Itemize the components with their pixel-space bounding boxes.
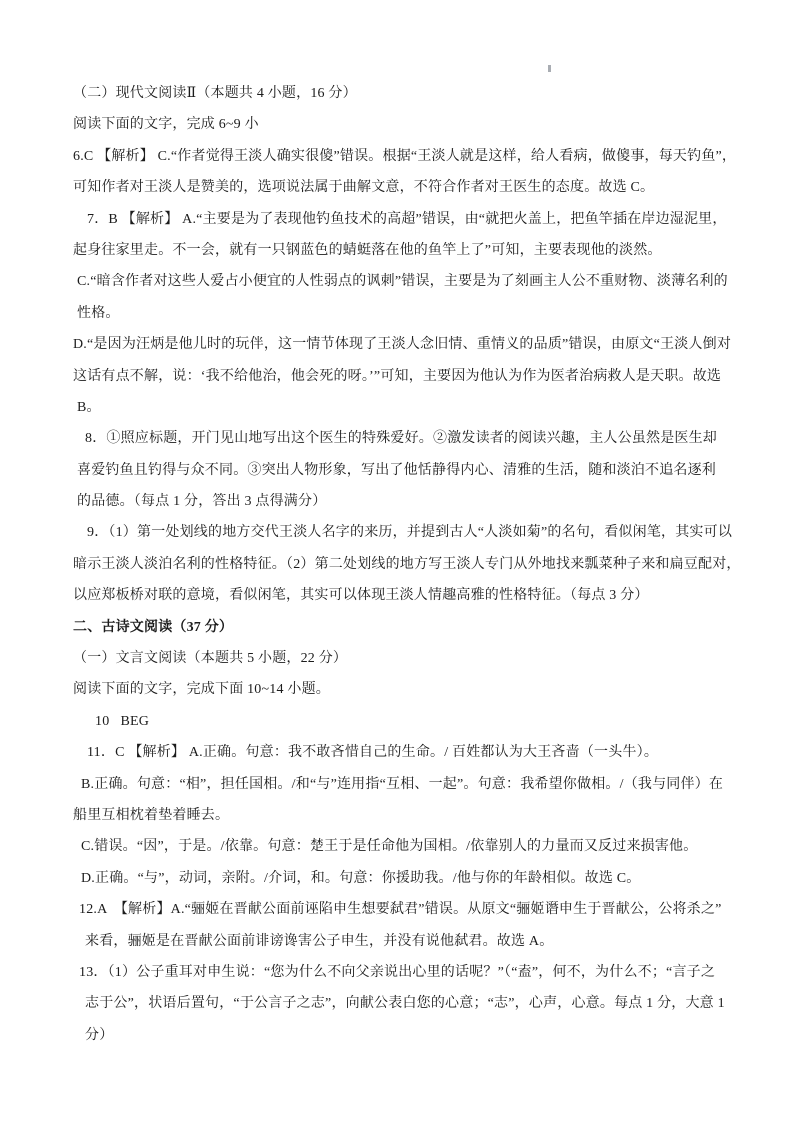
text-line: C.错误。“因”，于是。/依靠。句意：楚王于是任命他为国相。/依靠别人的力量而又… [73,831,741,862]
text-line: 可知作者对王淡人是赞美的，选项说法属于曲解文意，不符合作者对王医生的态度。故选 … [73,172,741,203]
text-line: 喜爱钓鱼且钓得与众不同。③突出人物形象，写出了他恬静得内心、清雅的生活，随和淡泊… [73,455,741,486]
answer-key-text-block: （二）现代文阅读Ⅱ（本题共 4 小题，16 分）阅读下面的文字，完成 6~9 小… [73,78,741,1051]
text-line: 阅读下面的文字，完成下面 10~14 小题。 [73,674,741,705]
text-line: 船里互相枕着垫着睡去。 [73,800,741,831]
text-line: 13．（1）公子重耳对申生说：“您为什么不向父亲说出心里的话呢？”（“盍”，何不… [73,957,741,988]
text-line: 分） [73,1020,741,1051]
text-line: 阅读下面的文字，完成 6~9 小 [73,109,741,140]
text-line: 11．C 【解析】 A.正确。句意：我不敢吝惜自己的生命。/ 百姓都认为大王吝啬… [73,737,741,768]
text-line: （二）现代文阅读Ⅱ（本题共 4 小题，16 分） [73,78,741,109]
text-line: 志于公”，状语后置句，“于公言子之志”，向献公表白您的心意；“志”，心声，心意。… [73,988,741,1019]
text-line: 12.A 【解析】A.“骊姬在晋献公面前诬陷申生想要弑君”错误。从原文“骊姬谮申… [73,894,741,925]
text-line: 以应郑板桥对联的意境，看似闲笔，其实可以体现王淡人情趣高雅的性格特征。（每点 3… [73,580,741,611]
text-line: 10 BEG [73,706,741,737]
text-line: 来看，骊姬是在晋献公面前诽谤谗害公子申生，并没有说他弑君。故选 A。 [73,926,741,957]
scan-artifact-dot [548,65,551,72]
text-line: 性格。 [73,298,741,329]
text-line: 二、古诗文阅读（37 分） [73,612,741,643]
document-page: （二）现代文阅读Ⅱ（本题共 4 小题，16 分）阅读下面的文字，完成 6~9 小… [0,0,800,1131]
text-line: B.正确。句意：“相”，担任国相。/和“与”连用指“互相、一起”。句意：我希望你… [73,769,741,800]
text-line: 的品德。（每点 1 分，答出 3 点得满分） [73,486,741,517]
text-line: 9．（1）第一处划线的地方交代王淡人名字的来历，并提到古人“人淡如菊”的名句，看… [73,517,741,548]
text-line: D.“是因为汪炳是他儿时的玩伴，这一情节体现了王淡人念旧情、重情义的品质”错误，… [73,329,741,360]
text-line: D.正确。“与”，动词，亲附。/介词，和。句意：你援助我。/他与你的年龄相似。故… [73,863,741,894]
text-line: 起身往家里走。不一会，就有一只钢蓝色的蜻蜓落在他的鱼竿上了”可知，主要表现他的淡… [73,235,741,266]
text-line: 7．B 【解析】 A.“主要是为了表现他钓鱼技术的高超”错误，由“就把火盖上，把… [73,204,741,235]
text-line: 暗示王淡人淡泊名利的性格特征。（2）第二处划线的地方写王淡人专门从外地找来瓢菜种… [73,549,741,580]
text-line: 这话有点不解，说：‘我不给他治，他会死的呀。’”可知，主要因为他认为作为医者治病… [73,361,741,392]
text-line: B。 [73,392,741,423]
text-line: C.“暗含作者对这些人爱占小便宜的人性弱点的讽刺”错误，主要是为了刻画主人公不重… [73,266,741,297]
text-line: 6.C 【解析】 C.“作者觉得王淡人确实很傻”错误。根据“王淡人就是这样，给人… [73,141,741,172]
text-line: 8．①照应标题，开门见山地写出这个医生的特殊爱好。②激发读者的阅读兴趣，主人公虽… [73,423,741,454]
text-line: （一）文言文阅读（本题共 5 小题，22 分） [73,643,741,674]
